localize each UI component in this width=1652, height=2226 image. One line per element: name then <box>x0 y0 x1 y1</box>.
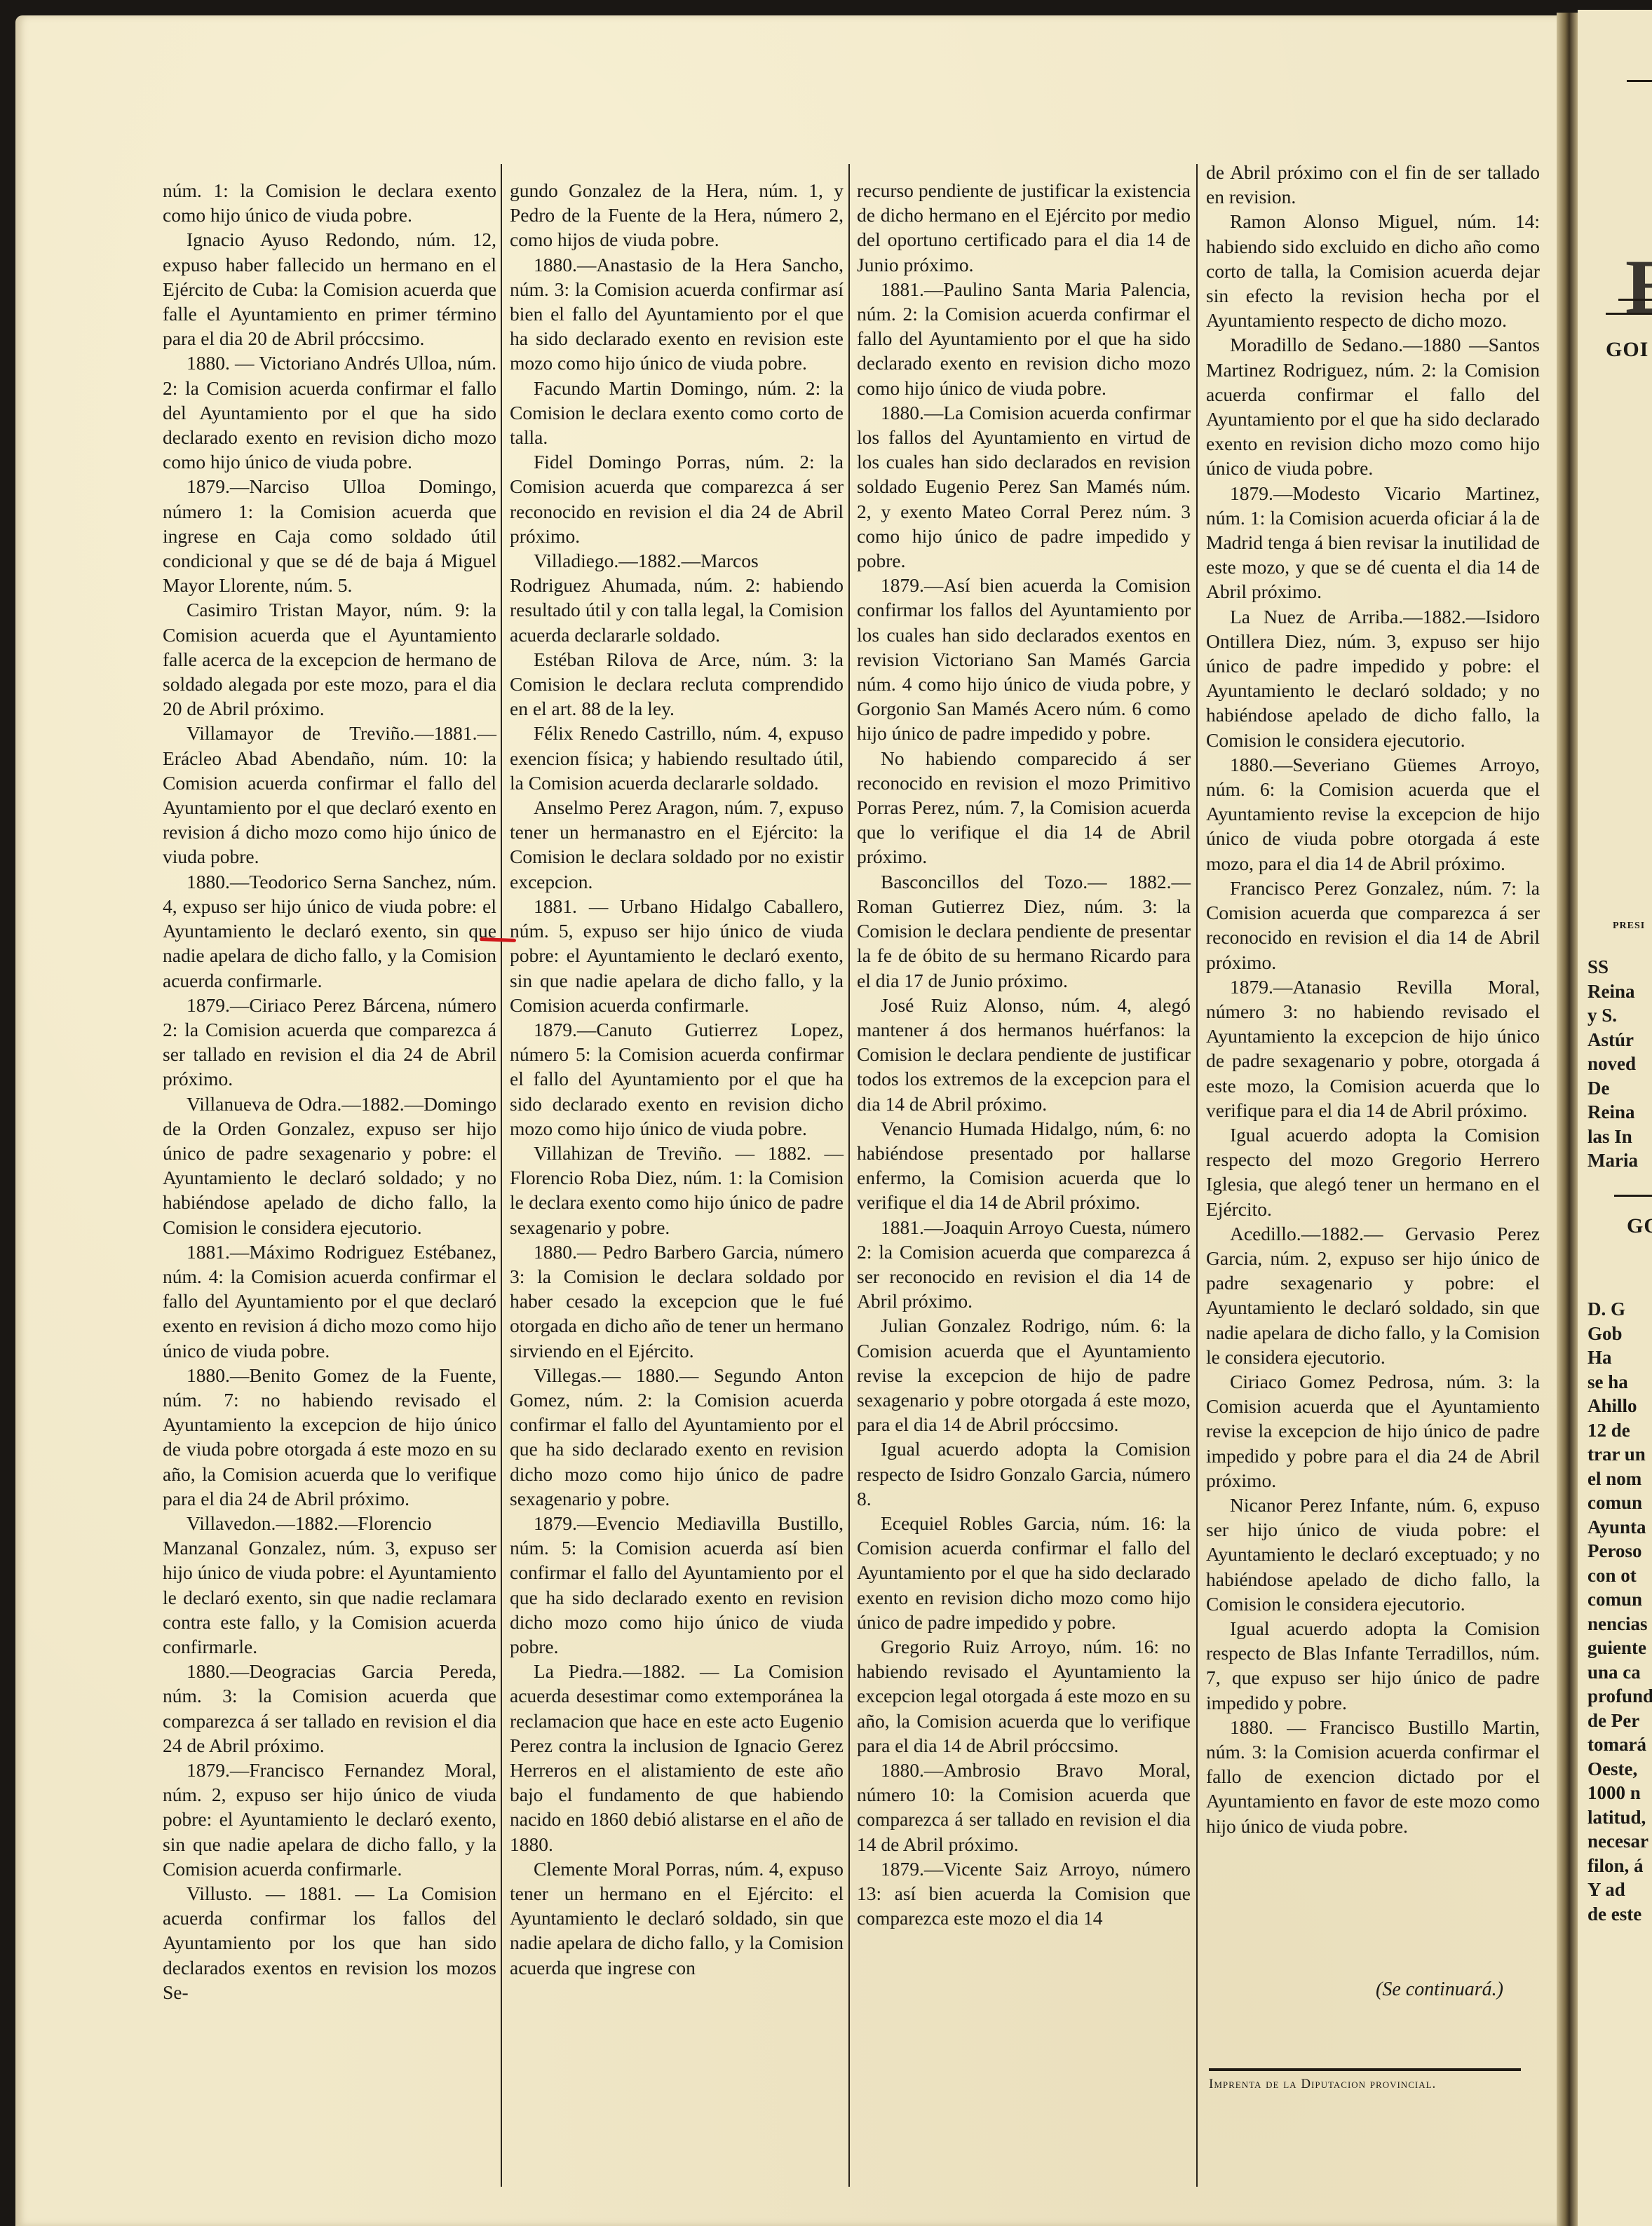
ruling-paragraph: Villamayor de Treviño.—1881.— Erácleo Ab… <box>163 721 496 869</box>
ruling-paragraph: 1881.—Joaquin Arroyo Cuesta, número 2: l… <box>857 1215 1191 1314</box>
next-page-line: Ayunta <box>1587 1515 1646 1540</box>
section-heading-2: GO <box>1627 1214 1652 1239</box>
ruling-paragraph: 1880.—Benito Gomez de la Fuente, núm. 7:… <box>163 1363 496 1511</box>
ruling-paragraph: 1880.—Deogracias Garcia Pereda, núm. 3: … <box>163 1659 496 1758</box>
ruling-paragraph: 1879.—Atanasio Revilla Moral, número 3: … <box>1206 975 1540 1122</box>
ruling-paragraph: 1879.—Canuto Gutierrez Lopez, número 5: … <box>510 1017 844 1141</box>
text-column-3: recurso pendiente de justificar la exist… <box>857 178 1191 1930</box>
ruling-paragraph: Félix Renedo Castrillo, núm. 4, expuso e… <box>510 721 844 795</box>
next-page-line: noved <box>1587 1052 1636 1076</box>
next-page-line: trar un <box>1587 1442 1646 1467</box>
ruling-paragraph: gundo Gonzalez de la Hera, núm. 1, y Ped… <box>510 178 844 252</box>
ruling-paragraph: Moradillo de Sedano.—1880 —Santos Martin… <box>1206 332 1540 480</box>
next-page-line: De <box>1587 1076 1609 1101</box>
next-page-line: y S. <box>1587 1003 1617 1028</box>
ruling-paragraph: 1880.—Teodorico Serna Sanchez, núm. 4, e… <box>163 869 496 993</box>
ruling-paragraph: Estéban Rilova de Arce, núm. 3: la Comis… <box>510 647 844 721</box>
ruling-paragraph: 1880.—La Comision acuerda confirmar los … <box>857 400 1191 573</box>
section-rule <box>1614 1195 1652 1197</box>
column-divider <box>1196 164 1198 2187</box>
ruling-paragraph: 1880.—Severiano Güemes Arroyo, núm. 6: l… <box>1206 752 1540 876</box>
book-spine-gutter <box>1557 13 1578 2226</box>
next-page-line: se ha <box>1587 1370 1628 1394</box>
ruling-paragraph: 1879.—Así bien acuerda la Comision confi… <box>857 573 1191 745</box>
ruling-paragraph: 1880.— Pedro Barbero Garcia, número 3: l… <box>510 1240 844 1363</box>
ruling-paragraph: Igual acuerdo adopta la Comision respect… <box>1206 1122 1540 1221</box>
next-page-line: de Per <box>1587 1709 1639 1733</box>
footer-rule <box>1209 2068 1521 2071</box>
masthead-rule <box>1618 299 1652 301</box>
next-page-line: Maria <box>1587 1148 1638 1173</box>
next-page-line: Ahillo <box>1587 1394 1637 1418</box>
document-page: núm. 1: la Comision le declara exento co… <box>15 15 1558 2226</box>
next-page-line: comun <box>1587 1587 1642 1612</box>
ruling-paragraph: 1879.—Francisco Fernandez Moral, núm. 2,… <box>163 1758 496 1881</box>
ruling-paragraph: Acedillo.—1882.— Gervasio Perez Garcia, … <box>1206 1221 1540 1369</box>
ruling-paragraph: Venancio Humada Hidalgo, núm, 6: no habi… <box>857 1116 1191 1215</box>
ruling-paragraph: de Abril próximo con el fin de ser talla… <box>1206 160 1540 209</box>
ruling-paragraph: Clemente Moral Porras, núm. 4, expuso te… <box>510 1857 844 1980</box>
next-page-line: filon, á <box>1587 1854 1644 1878</box>
next-page-line: Reina <box>1587 1100 1635 1125</box>
ruling-paragraph: Villusto. — 1881. — La Comision acuerda … <box>163 1881 496 2004</box>
ruling-paragraph: Ramon Alonso Miguel, núm. 14: habiendo s… <box>1206 209 1540 332</box>
ruling-paragraph: Francisco Perez Gonzalez, núm. 7: la Com… <box>1206 876 1540 975</box>
text-column-4: de Abril próximo con el fin de ser talla… <box>1206 160 1540 1838</box>
column-divider <box>848 164 850 2187</box>
presidency-label: PRESI <box>1613 914 1645 939</box>
next-page-line: SS <box>1587 955 1609 979</box>
text-column-2: gundo Gonzalez de la Hera, núm. 1, y Ped… <box>510 178 844 1980</box>
ruling-paragraph: 1881. — Urbano Hidalgo Caballero, núm. 5… <box>510 894 844 1017</box>
column-divider <box>501 164 502 2187</box>
next-page-line: Y ad <box>1587 1878 1625 1902</box>
ruling-paragraph: Nicanor Perez Infante, núm. 6, expuso se… <box>1206 1493 1540 1616</box>
ruling-paragraph: La Nuez de Arriba.—1882.—Isidoro Ontille… <box>1206 604 1540 752</box>
section-heading: GOI <box>1606 338 1648 362</box>
ruling-paragraph: 1879.—Vicente Saiz Arroyo, número 13: as… <box>857 1857 1191 1931</box>
next-page-line: 1000 n <box>1587 1781 1641 1805</box>
ruling-paragraph: Ciriaco Gomez Pedrosa, núm. 3: la Comisi… <box>1206 1369 1540 1493</box>
next-page-line: profund <box>1587 1684 1652 1709</box>
next-page-line: las In <box>1587 1125 1632 1149</box>
next-page-line: D. G <box>1587 1297 1625 1322</box>
ruling-paragraph: Fidel Domingo Porras, núm. 2: la Comisio… <box>510 449 844 548</box>
ruling-paragraph: Gregorio Ruiz Arroyo, núm. 16: no habien… <box>857 1634 1191 1758</box>
next-page-line: 12 de <box>1587 1418 1630 1443</box>
ruling-paragraph: 1879.—Narciso Ulloa Domingo, número 1: l… <box>163 474 496 597</box>
ruling-paragraph: Basconcillos del Tozo.— 1882.— Roman Gut… <box>857 869 1191 993</box>
next-page-line: Reina <box>1587 979 1635 1004</box>
next-page-line: el nom <box>1587 1467 1641 1491</box>
next-page-line: Astúr <box>1587 1028 1634 1052</box>
next-page-line: con ot <box>1587 1563 1637 1588</box>
masthead-rule <box>1606 313 1652 315</box>
ruling-paragraph: 1880. — Victoriano Andrés Ulloa, núm. 2:… <box>163 351 496 474</box>
masthead-rule <box>1627 80 1652 82</box>
ruling-paragraph: Ecequiel Robles Garcia, núm. 16: la Comi… <box>857 1511 1191 1634</box>
ruling-paragraph: núm. 1: la Comision le declara exento co… <box>163 178 496 227</box>
next-page-line: Peroso <box>1587 1539 1641 1563</box>
next-page-line: guiente <box>1587 1636 1646 1660</box>
printer-imprint: Imprenta de la Diputacion provincial. <box>1209 2077 1524 2092</box>
ruling-paragraph: recurso pendiente de justificar la exist… <box>857 178 1191 277</box>
ruling-paragraph: Villadiego.—1882.—Marcos Rodriguez Ahuma… <box>510 548 844 647</box>
ruling-paragraph: Anselmo Perez Aragon, núm. 7, expuso ten… <box>510 795 844 894</box>
next-page-line: Oeste, <box>1587 1757 1637 1782</box>
ruling-paragraph: 1879.—Evencio Mediavilla Bustillo, núm. … <box>510 1511 844 1659</box>
text-column-1: núm. 1: la Comision le declara exento co… <box>163 178 496 2004</box>
ruling-paragraph: 1880.—Ambrosio Bravo Moral, número 10: l… <box>857 1758 1191 1857</box>
next-page-line: comun <box>1587 1491 1642 1515</box>
next-page-fragment: B GOI PRESI SSReinay S.AstúrnovedDeReina… <box>1578 10 1652 2226</box>
ruling-paragraph: Facundo Martin Domingo, núm. 2: la Comis… <box>510 376 844 450</box>
ruling-paragraph: Casimiro Tristan Mayor, núm. 9: la Comis… <box>163 597 496 721</box>
next-page-line: tomará <box>1587 1732 1646 1757</box>
ruling-paragraph: 1881.—Paulino Santa Maria Palencia, núm.… <box>857 277 1191 400</box>
ruling-paragraph: Villegas.— 1880.— Segundo Anton Gomez, n… <box>510 1363 844 1511</box>
continuation-note: (Se continuará.) <box>1376 1979 1503 2001</box>
ruling-paragraph: José Ruiz Alonso, núm. 4, alegó mantener… <box>857 993 1191 1116</box>
ruling-paragraph: 1881.—Máximo Rodriguez Estébanez, núm. 4… <box>163 1240 496 1363</box>
next-page-line: una ca <box>1587 1660 1641 1685</box>
next-page-line: Gob <box>1587 1322 1623 1346</box>
ruling-paragraph: 1880. — Francisco Bustillo Martin, núm. … <box>1206 1715 1540 1838</box>
ruling-paragraph: Ignacio Ayuso Redondo, núm. 12, expuso h… <box>163 227 496 351</box>
ruling-paragraph: Villahizan de Treviño. — 1882. — Florenc… <box>510 1141 844 1240</box>
next-page-line: de este <box>1587 1902 1641 1927</box>
ruling-paragraph: Igual acuerdo adopta la Comision respect… <box>857 1437 1191 1511</box>
ruling-paragraph: Igual acuerdo adopta la Comision respect… <box>1206 1616 1540 1715</box>
ruling-paragraph: 1879.—Ciriaco Perez Bárcena, número 2: l… <box>163 993 496 1092</box>
ruling-paragraph: Villavedon.—1882.—Florencio Manzanal Gon… <box>163 1511 496 1659</box>
next-page-line: latitud, <box>1587 1805 1646 1830</box>
ruling-paragraph: 1879.—Modesto Vicario Martinez, núm. 1: … <box>1206 481 1540 604</box>
next-page-line: nencias <box>1587 1612 1648 1636</box>
ruling-paragraph: Julian Gonzalez Rodrigo, núm. 6: la Comi… <box>857 1313 1191 1437</box>
ruling-paragraph: Villanueva de Odra.—1882.—Domingo de la … <box>163 1092 496 1240</box>
ruling-paragraph: No habiendo comparecido á ser reconocido… <box>857 746 1191 869</box>
next-page-line: necesar <box>1587 1829 1648 1854</box>
ruling-paragraph: 1880.—Anastasio de la Hera Sancho, núm. … <box>510 252 844 376</box>
next-page-line: Ha <box>1587 1345 1612 1370</box>
ruling-paragraph: La Piedra.—1882. — La Comision acuerda d… <box>510 1659 844 1857</box>
